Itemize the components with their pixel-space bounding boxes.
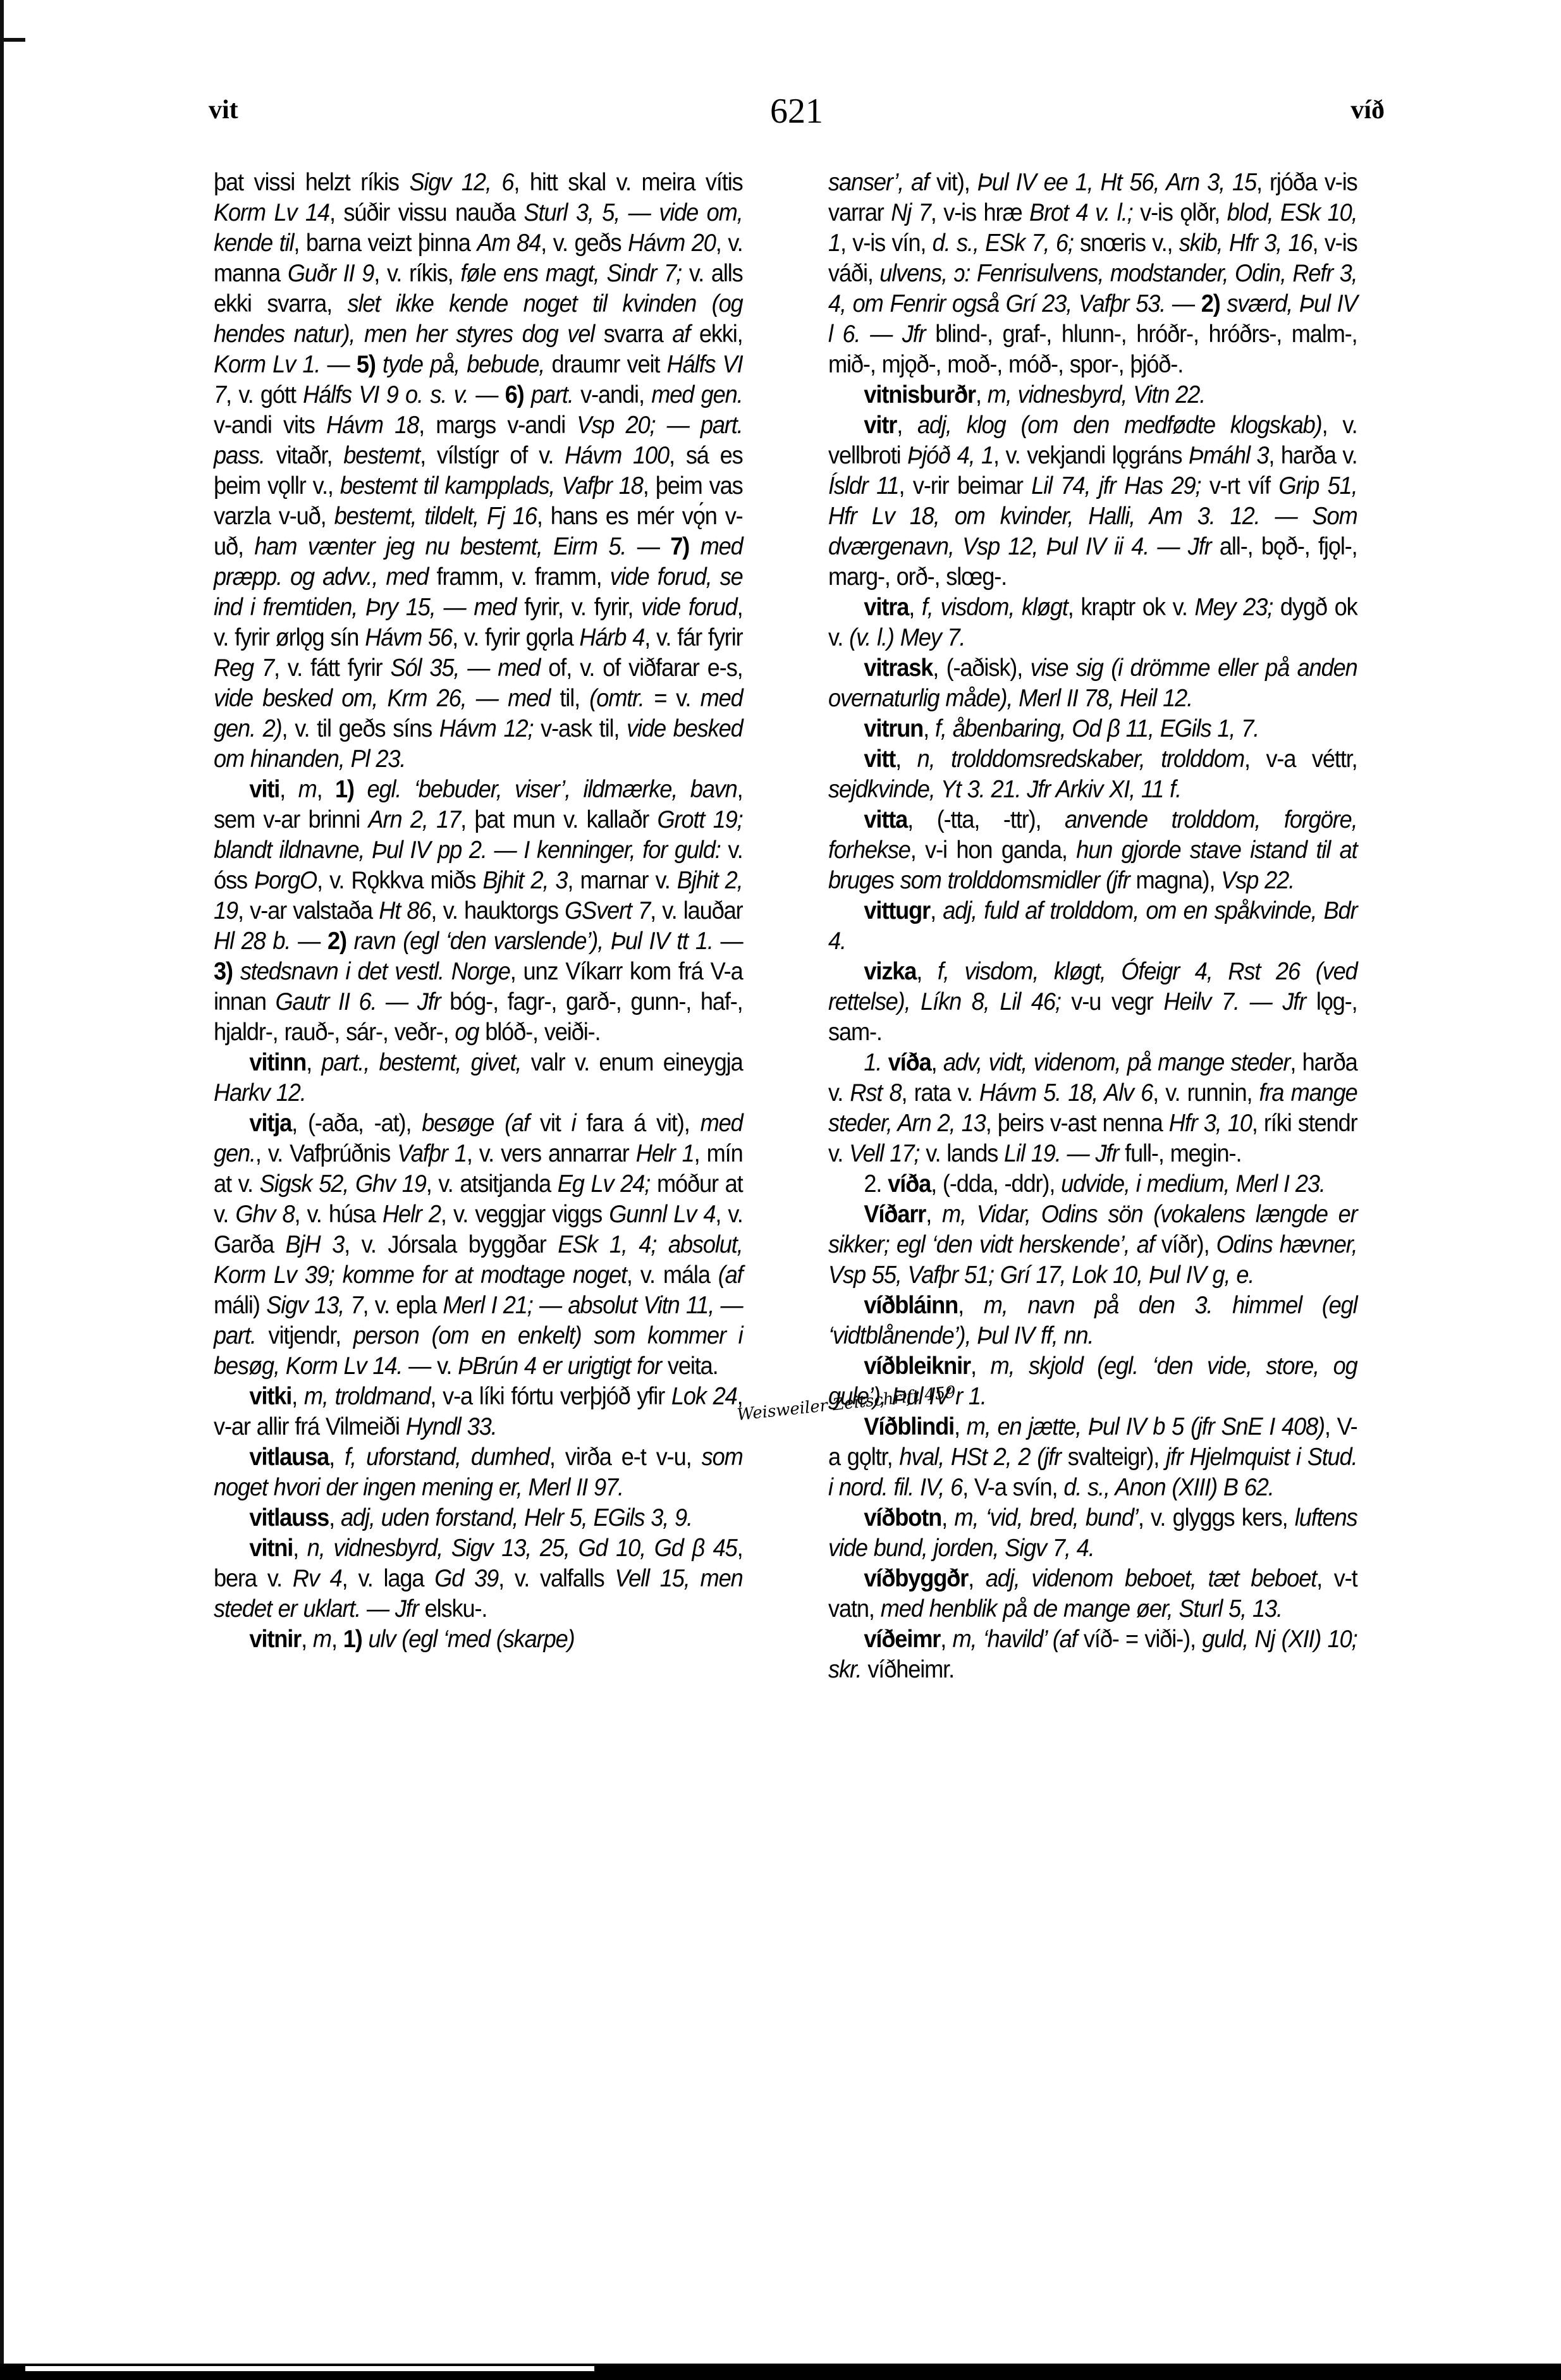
- entry-text: , v. glyggs kers,: [1138, 1504, 1295, 1531]
- entry-text: máli): [214, 1292, 266, 1319]
- entry-text: ,: [931, 1049, 943, 1076]
- entry-text: Hárb 4: [579, 624, 644, 651]
- entry-text: þat vissi helzt ríkis: [214, 169, 409, 196]
- entry-text: f, visdom, kløgt: [922, 594, 1068, 621]
- entry-text: ÞBrún 4 er urigtigt for: [458, 1353, 661, 1380]
- entry-text: skib, Hfr 3, 16: [1179, 230, 1313, 257]
- entry-text: Ísldr 11: [828, 472, 898, 500]
- entry-text: —: [626, 533, 670, 560]
- entry-text: , v-is vín,: [840, 230, 933, 257]
- entry-text: ÞorgO: [254, 867, 317, 894]
- entry-text: 1.: [864, 1049, 888, 1076]
- entry-text: bestemt: [343, 442, 420, 469]
- entry-text: Hávm 5. 18, Alv 6: [979, 1079, 1153, 1107]
- dictionary-entry: vitnir, m, 1) ulv (egl ‘med (skarpe): [214, 1624, 743, 1655]
- dictionary-entry: vitra, f, visdom, kløgt, kraptr ok v. Me…: [828, 592, 1357, 653]
- entry-text: Heilv 7. — Jfr: [1164, 988, 1306, 1015]
- dictionary-entry: sanser’, af vit), Þul IV ee 1, Ht 56, Ar…: [828, 168, 1357, 380]
- dictionary-entry: vitja, (-aða, -at), besøge (af vit i far…: [214, 1108, 743, 1382]
- entry-text: v.: [666, 685, 701, 712]
- dictionary-column-right: sanser’, af vit), Þul IV ee 1, Ht 56, Ar…: [828, 168, 1357, 1685]
- entry-text: ,: [940, 1626, 952, 1653]
- dictionary-entry: vitni, n, vidnesbyrd, Sigv 13, 25, Gd 10…: [214, 1533, 743, 1624]
- entry-text: Korm Lv 1.: [214, 351, 320, 378]
- entry-text: , virða e-t v-u,: [549, 1444, 702, 1471]
- entry-text: , v. fyrir gǫrla: [452, 624, 579, 651]
- entry-text: 5): [357, 351, 376, 378]
- entry-text: draumr veit: [544, 351, 666, 378]
- entry-text: Eg Lv 24;: [558, 1170, 650, 1198]
- headword: vitja: [249, 1110, 291, 1137]
- headword: vitki: [249, 1383, 291, 1410]
- entry-text: sanser’, af: [828, 169, 929, 196]
- entry-text: og: [455, 1019, 479, 1046]
- entry-text: ,: [329, 1504, 341, 1531]
- entry-text: ,: [317, 776, 335, 803]
- entry-text: víðheimr.: [861, 1656, 954, 1683]
- dictionary-entry: viti, m, 1) egl. ‘bebuder, viser’, ildmæ…: [214, 775, 743, 1048]
- entry-text: part., bestemt, givet,: [321, 1049, 521, 1076]
- entry-text: , (-tta, -ttr),: [907, 806, 1065, 833]
- entry-text: part.: [531, 381, 573, 408]
- entry-text: ,: [291, 1383, 304, 1410]
- entry-text: Gd 39: [434, 1565, 498, 1592]
- entry-text: , vílstígr of v.: [420, 442, 565, 469]
- entry-text: 2.: [864, 1170, 888, 1198]
- entry-text: m, en jætte, Þul IV b 5 (jfr SnE I 408): [967, 1413, 1325, 1440]
- headword: vittugr: [864, 897, 930, 924]
- entry-text: vitaðr,: [265, 442, 343, 469]
- entry-text: ,: [331, 1626, 343, 1653]
- entry-text: med gen.: [651, 381, 742, 408]
- entry-text: , harða v.: [1268, 442, 1357, 469]
- entry-text: blóð-, veiði-.: [479, 1019, 600, 1046]
- entry-text: ,: [930, 897, 943, 924]
- entry-text: ,: [954, 1413, 967, 1440]
- entry-text: , v. hauktorgs: [431, 897, 565, 924]
- entry-text: Hávm 18: [326, 412, 419, 439]
- entry-text: ham vænter jeg nu bestemt, Eirm 5.: [254, 533, 626, 560]
- entry-text: , V-a svín,: [962, 1474, 1063, 1501]
- entry-text: Vell 17;: [849, 1140, 919, 1167]
- entry-text: sejdkvinde, Yt 3. 21. Jfr Arkiv XI, 11 f…: [828, 776, 1181, 803]
- entry-text: fara á vit),: [576, 1110, 701, 1137]
- entry-text: ,: [897, 412, 917, 439]
- headword: Víðarr: [864, 1201, 926, 1228]
- entry-text: , (-dda, -ddr),: [931, 1170, 1061, 1198]
- entry-text: ,: [329, 1444, 345, 1471]
- entry-text: 1): [343, 1626, 362, 1653]
- headword: víðbláinn: [864, 1292, 958, 1319]
- entry-text: valr v. enum eineygja: [521, 1049, 742, 1076]
- entry-text: , v. veggjar viggs: [441, 1201, 609, 1228]
- entry-text: føle ens magt, Sindr 7;: [460, 260, 682, 287]
- entry-text: Lil 19. — Jfr: [1004, 1140, 1118, 1167]
- entry-text: ,: [941, 1504, 954, 1531]
- entry-text: Gautr II 6. — Jfr: [276, 988, 441, 1015]
- dictionary-entry: vitlausa, f, uforstand, dumhed, virða e-…: [214, 1442, 743, 1503]
- dictionary-entry: vitki, m, troldmand, v-a líki fórtu verþ…: [214, 1382, 743, 1442]
- dictionary-entry: Víðarr, m, Vidar, Odins sön (vokalens læ…: [828, 1199, 1357, 1291]
- entry-text: magna),: [1130, 867, 1221, 894]
- entry-text: Hávm 56: [365, 624, 452, 651]
- dictionary-entry: vitlauss, adj, uden forstand, Helr 5, EG…: [214, 1503, 743, 1533]
- entry-text: m, troldmand: [304, 1383, 431, 1410]
- entry-text: n, vidnesbyrd, Sigv 13, 25, Gd 10, Gd β …: [307, 1535, 737, 1562]
- entry-text: v. lands: [919, 1140, 1004, 1167]
- headword: víðbyggðr: [864, 1565, 968, 1592]
- headword: vitnir: [249, 1626, 301, 1653]
- entry-text: framm, v. framm,: [428, 563, 609, 591]
- entry-text: Hl 28 b.: [214, 928, 290, 955]
- entry-text: (af: [718, 1261, 743, 1289]
- entry-text: , (-aða, -at),: [291, 1110, 422, 1137]
- entry-text: , v-rir beimar: [898, 472, 1031, 500]
- entry-text: af: [672, 321, 690, 348]
- entry-text: —: [713, 928, 743, 955]
- entry-text: , súðir vissu nauða: [329, 199, 524, 226]
- entry-text: Bjhit 2, 3: [482, 867, 567, 894]
- entry-text: , v. epla: [362, 1292, 443, 1319]
- entry-text: , v. mála: [627, 1261, 718, 1289]
- entry-text: i: [572, 1110, 576, 1137]
- entry-text: 1): [335, 776, 354, 803]
- entry-text: of, v. of viðfarar e-s,: [540, 654, 742, 682]
- entry-text: Hyndl 33.: [406, 1413, 497, 1440]
- page-bottom-edge: [0, 2364, 1561, 2380]
- dictionary-entry: vittugr, adj, fuld af trolddom, om en sp…: [828, 896, 1357, 957]
- entry-text: udvide, i medium, Merl I 23.: [1061, 1170, 1325, 1198]
- entry-text: vide forud: [641, 594, 737, 621]
- dictionary-entry: vitr, adj, klog (om den medfødte klogska…: [828, 410, 1357, 592]
- entry-text: , hitt skal v. meira vítis: [513, 169, 742, 196]
- entry-text: v-andi vits: [214, 412, 326, 439]
- entry-text: [362, 1626, 369, 1653]
- entry-text: d. s., ESk 7, 6;: [933, 230, 1074, 257]
- entry-text: Helr 2: [383, 1201, 441, 1228]
- entry-text: , þat mun v. kallaðr: [460, 806, 657, 833]
- entry-text: ,: [895, 745, 917, 773]
- entry-text: Þul IV ee 1, Ht 56, Arn 3, 15: [977, 169, 1256, 196]
- entry-text: vide besked om, Krm 26, — med: [214, 685, 550, 712]
- dictionary-entry: 2. víða, (-dda, -ddr), udvide, i medium,…: [828, 1169, 1357, 1199]
- entry-text: , v. lauðar: [650, 897, 742, 924]
- entry-text: , v. geðs: [541, 230, 628, 257]
- headword: víða: [888, 1170, 931, 1198]
- entry-text: Harkv 12.: [214, 1079, 306, 1107]
- entry-text: , v-a véttr,: [1244, 745, 1357, 773]
- headword: vitlausa: [249, 1444, 329, 1471]
- dictionary-entry: vitrask, (-aðisk), vise sig (i drömme el…: [828, 653, 1357, 714]
- entry-text: [354, 776, 367, 803]
- entry-text: vitjendr,: [256, 1322, 353, 1349]
- entry-text: Ghv 8: [235, 1201, 294, 1228]
- entry-text: ,: [926, 1201, 942, 1228]
- entry-text: Hálfs VI 9 o. s. v.: [303, 381, 468, 408]
- left-guideword: vit: [209, 95, 238, 125]
- entry-text: , v. Jórsala byggðar: [344, 1231, 558, 1258]
- entry-text: ,: [279, 776, 298, 803]
- entry-text: Am 84: [477, 230, 541, 257]
- entry-text: —: [290, 928, 328, 955]
- entry-text: ,: [970, 1353, 990, 1380]
- entry-text: — v.: [402, 1353, 458, 1380]
- entry-text: Vafþr 1: [397, 1140, 467, 1167]
- dictionary-entry: víðbyggðr, adj, videnom beboet, tæt bebo…: [828, 1564, 1357, 1624]
- entry-text: Sigv 12, 6: [409, 169, 513, 196]
- entry-text: ,: [301, 1626, 313, 1653]
- entry-text: adj, klog (om den medfødte klogskab): [917, 412, 1322, 439]
- entry-text: GSvert 7: [565, 897, 650, 924]
- entry-text: besøge (af: [422, 1110, 529, 1137]
- entry-text: bestemt, tildelt, Fj 16: [334, 503, 537, 530]
- entry-text: Rst 8: [850, 1079, 901, 1107]
- dictionary-entry: vitrun, f, åbenbaring, Od β 11, EGils 1,…: [828, 714, 1357, 744]
- headword: vitrask: [864, 654, 933, 682]
- entry-text: Gunnl Lv 4: [609, 1201, 715, 1228]
- entry-text: Sigv 13, 7: [266, 1292, 362, 1319]
- entry-text: BjH 3: [286, 1231, 345, 1258]
- dictionary-entry: 1. víða, adv, vidt, videnom, på mange st…: [828, 1048, 1357, 1169]
- entry-text: víð- = viði-),: [1077, 1626, 1203, 1653]
- entry-text: ,: [976, 381, 988, 408]
- entry-text: v-u vegr: [1061, 988, 1164, 1015]
- entry-text: , v. valfalls: [498, 1565, 615, 1592]
- entry-text: Lok 24: [671, 1383, 737, 1410]
- entry-text: , v-is hræ: [931, 199, 1029, 226]
- entry-text: Mey 23;: [1195, 594, 1273, 621]
- entry-text: (v. l.) Mey 7.: [849, 624, 965, 651]
- entry-text: m: [313, 1626, 331, 1653]
- dictionary-entry: vitt, n, trolddomsredskaber, trolddom, v…: [828, 744, 1357, 805]
- entry-text: v-ask til,: [533, 715, 627, 742]
- entry-text: Hávm 100: [565, 442, 669, 469]
- dictionary-entry: vitta, (-tta, -ttr), anvende trolddom, f…: [828, 805, 1357, 896]
- entry-text: [1220, 290, 1227, 317]
- entry-text: víðr),: [1154, 1231, 1216, 1258]
- headword: víðbleiknir: [864, 1353, 970, 1380]
- headword: vitra: [864, 594, 909, 621]
- entry-text: v-andi,: [573, 381, 651, 408]
- entry-text: , v. Vafþrúðnis: [255, 1140, 397, 1167]
- entry-text: stedsnavn i det vestl. Norge: [240, 958, 510, 985]
- headword: vitlauss: [249, 1504, 329, 1531]
- headword: Víðblindi: [864, 1413, 954, 1440]
- entry-text: snœris v.,: [1074, 230, 1179, 257]
- entry-text: adv, vidt, videnom, på mange steder: [943, 1049, 1290, 1076]
- entry-text: , þeirs v-ast nenna: [986, 1110, 1169, 1137]
- entry-text: Þjóð 4, 1: [907, 442, 993, 469]
- entry-text: Ht 86: [379, 897, 431, 924]
- entry-text: n, trolddomsredskaber, trolddom: [917, 745, 1244, 773]
- headword: vitr: [864, 412, 897, 439]
- dictionary-entry: vitnisburðr, m, vidnesbyrd, Vitn 22.: [828, 380, 1357, 410]
- entry-text: , v. húsa: [294, 1201, 382, 1228]
- entry-text: —: [1165, 290, 1201, 317]
- headword: víðeimr: [864, 1626, 940, 1653]
- entry-text: ,: [958, 1292, 984, 1319]
- entry-text: ravn (egl ‘den varslende’), Þul IV tt 1.: [354, 928, 713, 955]
- entry-text: , v. vekjandi lǫgráns: [993, 442, 1189, 469]
- entry-text: , v. til geðs síns: [282, 715, 439, 742]
- headword: vizka: [864, 958, 916, 985]
- entry-text: [689, 533, 700, 560]
- dictionary-entry: Víðblindi, m, en jætte, Þul IV b 5 (jfr …: [828, 1412, 1357, 1503]
- entry-text: d. s., Anon (XIII) B 62.: [1063, 1474, 1273, 1501]
- entry-text: v-rt víf: [1201, 472, 1278, 500]
- headword: vitnisburðr: [864, 381, 976, 408]
- entry-text: [376, 351, 383, 378]
- entry-text: Rv 4: [293, 1565, 342, 1592]
- entry-text: , v. fátt fyrir: [274, 654, 390, 682]
- headword: víðbotn: [864, 1504, 941, 1531]
- entry-text: ,: [306, 1049, 321, 1076]
- entry-text: 2): [1201, 290, 1220, 317]
- entry-text: , (-aðisk),: [933, 654, 1030, 682]
- entry-text: , v. gótt: [226, 381, 303, 408]
- entry-text: Helr 1: [636, 1140, 694, 1167]
- dictionary-entry: þat vissi helzt ríkis Sigv 12, 6, hitt s…: [214, 168, 743, 775]
- entry-text: Brot 4 v. l.;: [1029, 199, 1132, 226]
- entry-text: Arn 2, 17: [369, 806, 461, 833]
- entry-text: ,: [916, 958, 938, 985]
- entry-text: Reg 7: [214, 654, 274, 682]
- entry-text: vit),: [929, 169, 977, 196]
- entry-text: Þmáhl 3: [1189, 442, 1268, 469]
- entry-text: elsku-.: [419, 1595, 487, 1622]
- entry-text: Lil 74, jfr Has 29;: [1031, 472, 1201, 500]
- headword: vitta: [864, 806, 907, 833]
- right-guideword: víð: [1350, 95, 1385, 125]
- entry-text: veita.: [661, 1353, 718, 1380]
- entry-text: m, ‘vid, bred, bund’: [954, 1504, 1137, 1531]
- entry-text: , v. vers annarrar: [467, 1140, 636, 1167]
- entry-text: , v. laga: [342, 1565, 435, 1592]
- entry-text: Vsp 22.: [1221, 867, 1294, 894]
- entry-text: , v-i hon ganda,: [910, 837, 1076, 864]
- entry-text: , marnar v.: [567, 867, 676, 894]
- entry-text: svalteigr),: [1061, 1444, 1166, 1471]
- entry-text: vit: [529, 1110, 572, 1137]
- entry-text: 2): [328, 928, 346, 955]
- entry-text: (omtr. =: [589, 685, 666, 712]
- dictionary-entry: vizka, f, visdom, kløgt, Ófeigr 4, Rst 2…: [828, 957, 1357, 1048]
- entry-text: adj, videnom beboet, tæt beboet: [986, 1565, 1316, 1592]
- entry-text: fyrir, v. fyrir,: [516, 594, 641, 621]
- entry-text: tyde på, bebude,: [383, 351, 544, 378]
- entry-text: , rata v.: [901, 1079, 979, 1107]
- entry-text: [524, 381, 531, 408]
- headword: vitrun: [864, 715, 923, 742]
- entry-text: , v. fár fyrir: [644, 624, 742, 651]
- entry-text: ,: [909, 594, 922, 621]
- dictionary-entry: víðeimr, m, ‘havild’ (af víð- = viði-), …: [828, 1624, 1357, 1685]
- entry-text: v-is ǫlðr,: [1133, 199, 1227, 226]
- entry-text: , barna veizt þinna: [293, 230, 477, 257]
- entry-text: egl. ‘bebuder, viser’, ildmærke, bavn: [367, 776, 737, 803]
- book-binding-edge: [0, 0, 6, 2380]
- entry-text: , v-a líki fórtu verþjóð yfir: [430, 1383, 671, 1410]
- entry-text: adj, uden forstand, Helr 5, EGils 3, 9.: [341, 1504, 692, 1531]
- entry-text: til,: [550, 685, 589, 712]
- entry-text: m, ‘havild’ (af: [953, 1626, 1077, 1653]
- entry-text: 6): [505, 381, 524, 408]
- entry-text: bestemt til kampplads, Vafþr 18: [340, 472, 643, 500]
- dictionary-entry: vitinn, part., bestemt, givet, valr v. e…: [214, 1048, 743, 1108]
- entry-text: , v-ar valstaða: [238, 897, 379, 924]
- entry-text: med henblik på de mange øer, Sturl 5, 13…: [881, 1595, 1282, 1622]
- headword: vitt: [864, 745, 895, 773]
- entry-text: Nj 7: [891, 199, 930, 226]
- entry-text: ,: [293, 1535, 307, 1562]
- entry-text: hval, HSt 2, 2 (jfr: [899, 1444, 1061, 1471]
- entry-text: m, vidnesbyrd, Vitn 22.: [988, 381, 1205, 408]
- headword: vitni: [249, 1535, 293, 1562]
- entry-text: , kraptr ok v.: [1068, 594, 1195, 621]
- entry-text: 7): [670, 533, 689, 560]
- entry-text: [233, 958, 240, 985]
- entry-text: , v. runnin,: [1153, 1079, 1259, 1107]
- entry-text: , v. ríkis,: [374, 260, 460, 287]
- entry-text: , v. atsitjanda: [426, 1170, 558, 1198]
- entry-text: Sól 35, — med: [390, 654, 540, 682]
- entry-text: m: [298, 776, 317, 803]
- entry-text: Korm Lv 14: [214, 199, 329, 226]
- entry-text: , margs v-andi: [419, 412, 577, 439]
- entry-text: ,: [923, 715, 935, 742]
- running-head: vit 621 víð: [209, 95, 1385, 133]
- dictionary-entry: víðbotn, m, ‘vid, bred, bund’, v. glyggs…: [828, 1503, 1357, 1564]
- entry-text: [346, 928, 354, 955]
- entry-text: —: [320, 351, 357, 378]
- dictionary-column-left: þat vissi helzt ríkis Sigv 12, 6, hitt s…: [214, 168, 743, 1655]
- entry-text: Guðr II 9: [288, 260, 374, 287]
- headword: viti: [249, 776, 279, 803]
- entry-text: ,: [968, 1565, 986, 1592]
- entry-text: Hávm 20: [628, 230, 716, 257]
- entry-text: f, åbenbaring, Od β 11, EGils 1, 7.: [935, 715, 1259, 742]
- entry-text: , v. Rǫkkva miðs: [317, 867, 482, 894]
- entry-text: ulv (egl ‘med (skarpe): [369, 1626, 575, 1653]
- entry-text: ekki,: [690, 321, 742, 348]
- entry-text: —: [468, 381, 505, 408]
- entry-text: Hfr 3, 10: [1169, 1110, 1252, 1137]
- dictionary-entry: víðbláinn, m, navn på den 3. himmel (egl…: [828, 1291, 1357, 1351]
- entry-text: f, uforstand, dumhed: [345, 1444, 549, 1471]
- entry-text: 3): [214, 958, 233, 985]
- entry-text: svarra: [594, 321, 672, 348]
- headword: víða: [888, 1049, 931, 1076]
- page-number: 621: [770, 91, 823, 132]
- entry-text: full-, megin-.: [1118, 1140, 1241, 1167]
- entry-text: Sigsk 52, Ghv 19: [260, 1170, 426, 1198]
- entry-text: Hávm 12;: [439, 715, 534, 742]
- headword: vitinn: [249, 1049, 306, 1076]
